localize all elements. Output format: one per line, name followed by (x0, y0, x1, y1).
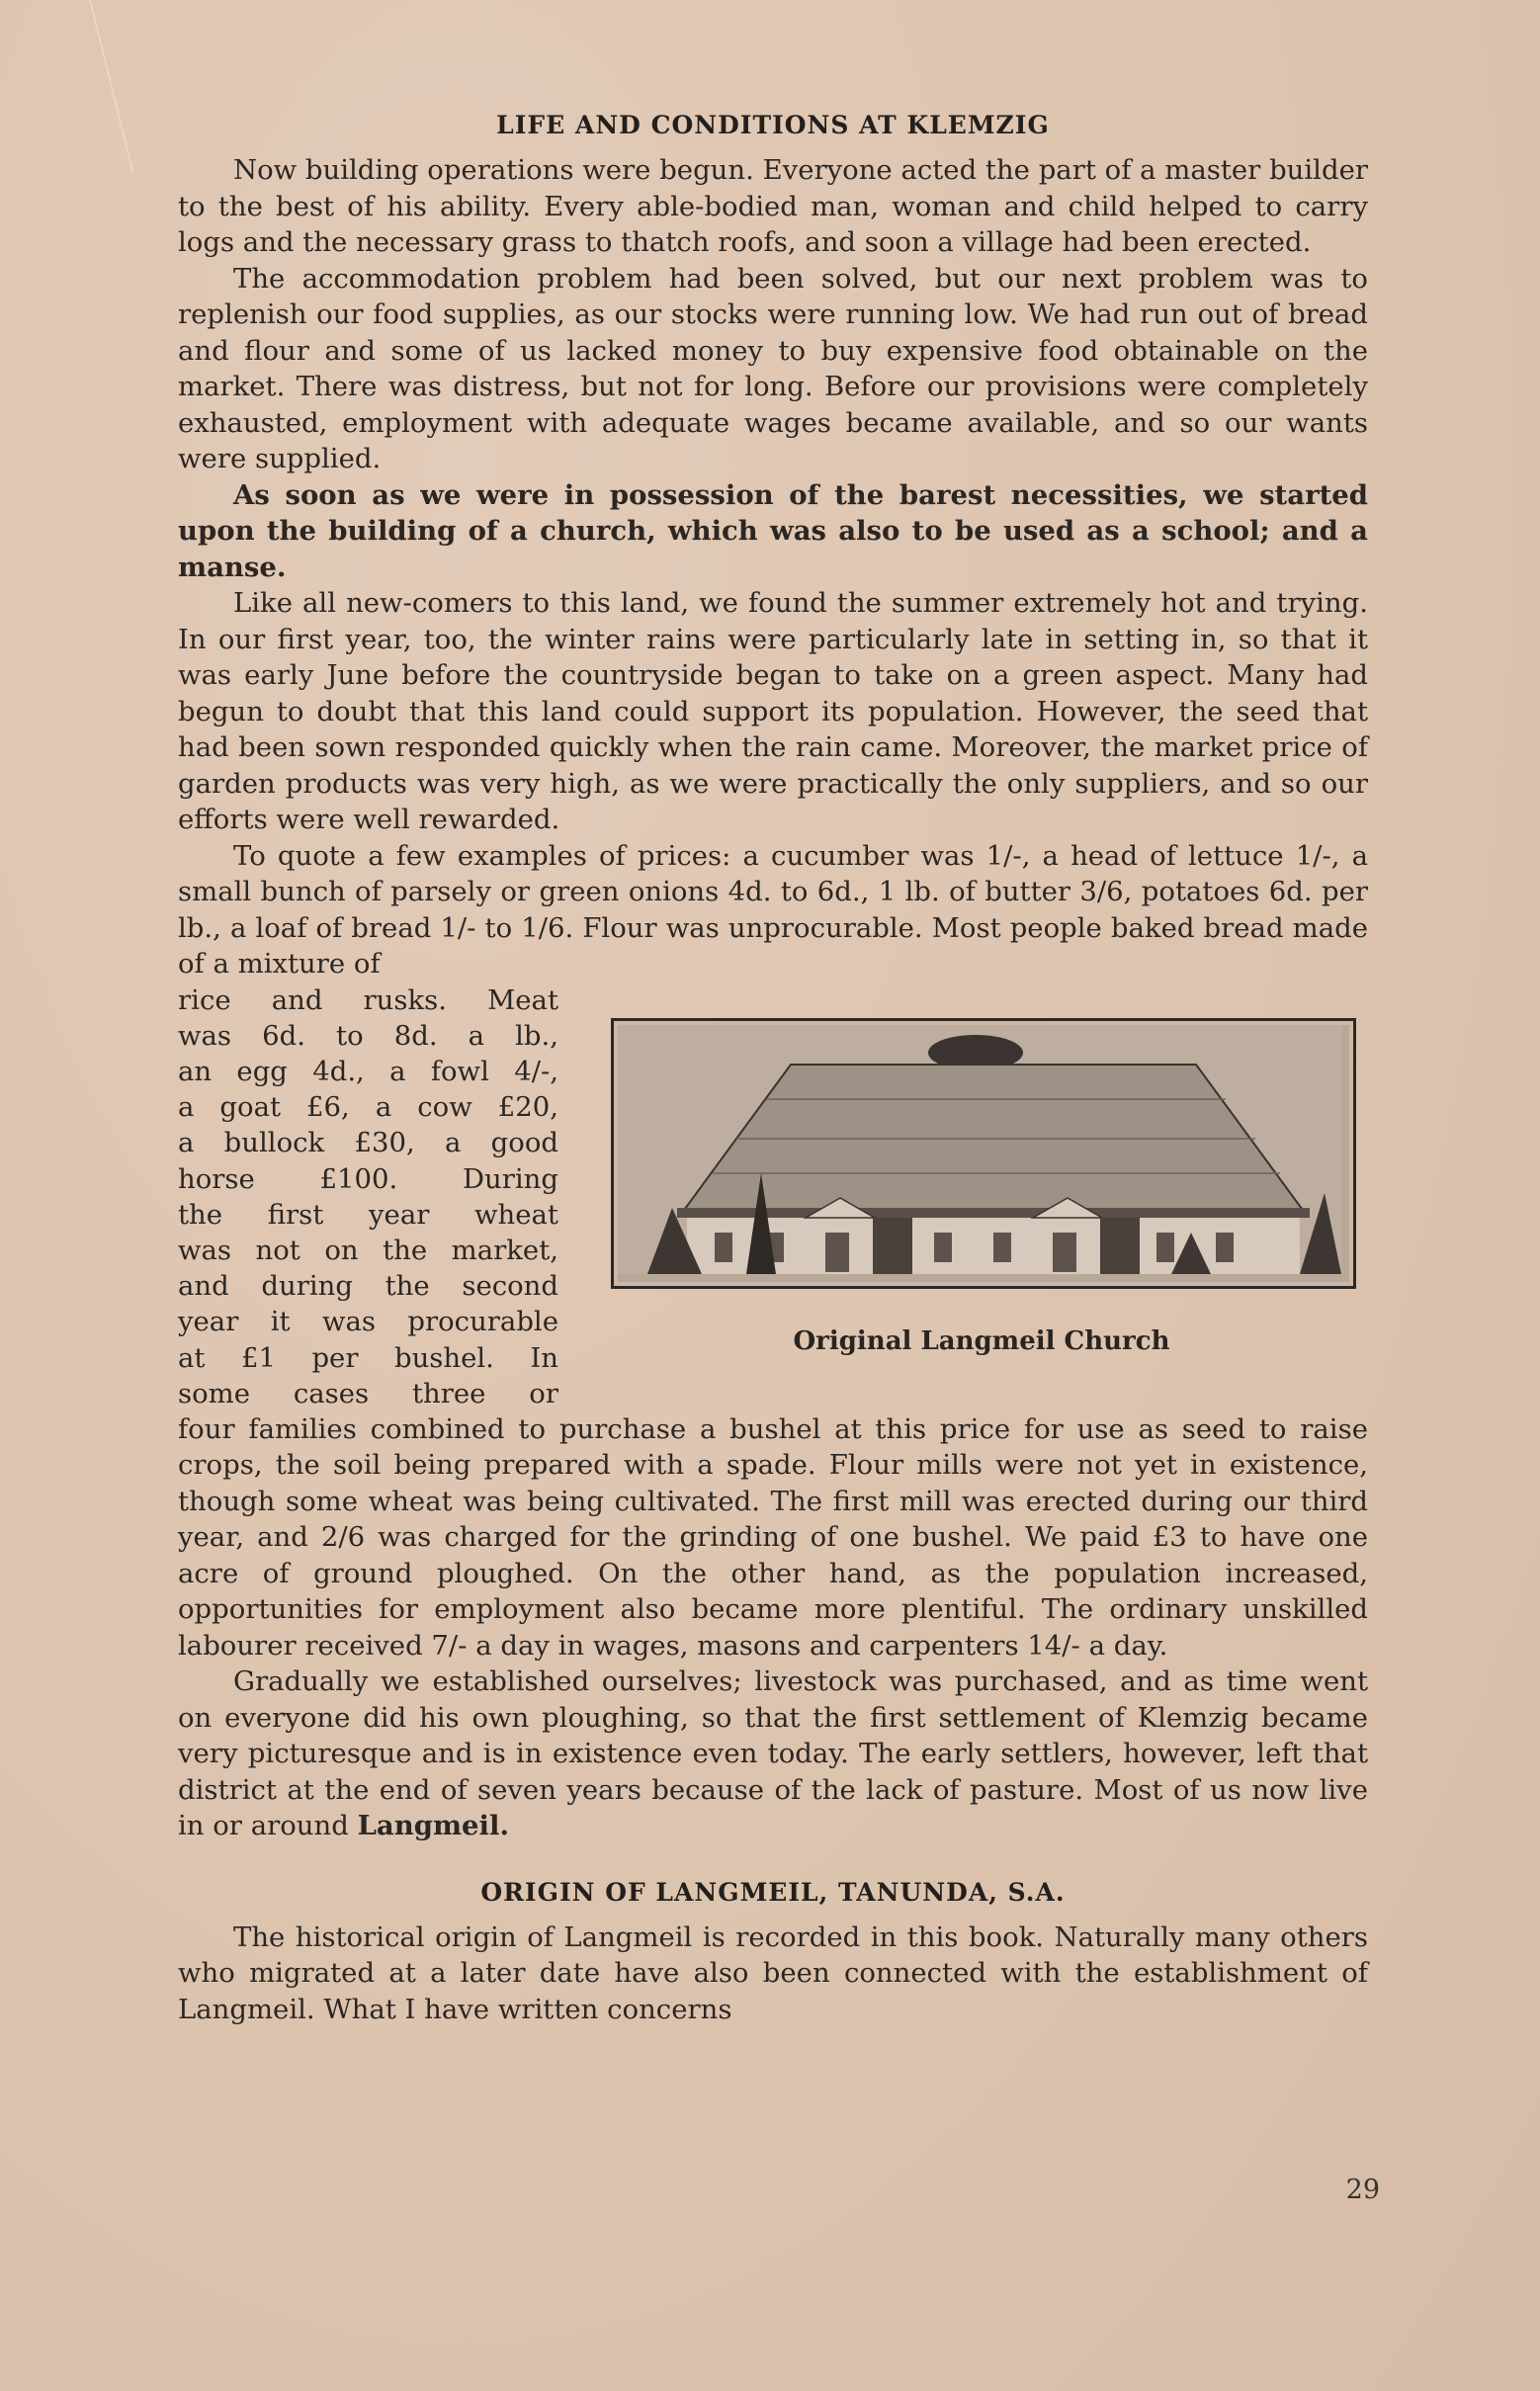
section-heading-langmeil: ORIGIN OF LANGMEIL, TANUNDA, S.A. (178, 1874, 1368, 1912)
narrow-line: horse £100. During (178, 1161, 558, 1197)
narrow-line: rice and rusks. Meat (178, 982, 558, 1018)
paragraph-climate: Like all new-comers to this land, we fou… (178, 585, 1368, 838)
narrow-line: was 6d. to 8d. a lb., (178, 1018, 558, 1054)
paragraph-prices: To quote a few examples of prices: a cuc… (178, 838, 1368, 982)
paragraph-building: Now building operations were begun. Ever… (178, 152, 1368, 261)
figure-caption: Original Langmeil Church (611, 1326, 1352, 1356)
narrow-line: the first year wheat (178, 1197, 558, 1233)
paragraph-origin: The historical origin of Langmeil is rec… (178, 1920, 1368, 2028)
figure-frame (611, 1018, 1356, 1289)
narrow-line: a bullock £30, a good (178, 1125, 558, 1160)
langmeil-bold: Langmeil. (358, 1810, 509, 1841)
church-illustration (618, 1025, 1349, 1282)
church-drawing-icon (618, 1025, 1341, 1274)
narrow-line: was not on the market, (178, 1233, 558, 1268)
narrow-line: an egg 4d., a fowl 4/-, (178, 1054, 558, 1089)
narrow-line: at £1 per bushel. In (178, 1340, 558, 1376)
paragraph-settlement: Gradually we established ourselves; live… (178, 1664, 1368, 1844)
narrow-line: and during the second (178, 1268, 558, 1304)
page-number: 29 (1346, 2175, 1380, 2205)
paper-crease (89, 0, 133, 173)
section-heading-klemzig: LIFE AND CONDITIONS AT KLEMZIG (178, 107, 1368, 144)
paragraph-food-supplies: The accommodation problem had been solve… (178, 261, 1368, 477)
text-figure-block: rice and rusks. Meat was 6d. to 8d. a lb… (178, 982, 1368, 1411)
paragraph-church-building: As soon as we were in possession of the … (178, 477, 1368, 586)
narrow-text-column: rice and rusks. Meat was 6d. to 8d. a lb… (178, 982, 558, 1411)
paragraph-wheat-continuation: four families combined to purchase a bus… (178, 1411, 1368, 1665)
page-content: LIFE AND CONDITIONS AT KLEMZIG Now build… (178, 107, 1368, 2027)
narrow-line: some cases three or (178, 1376, 558, 1411)
narrow-line: year it was procurable (178, 1304, 558, 1339)
church-figure: Original Langmeil Church (611, 1018, 1352, 1356)
narrow-line: a goat £6, a cow £20, (178, 1089, 558, 1125)
